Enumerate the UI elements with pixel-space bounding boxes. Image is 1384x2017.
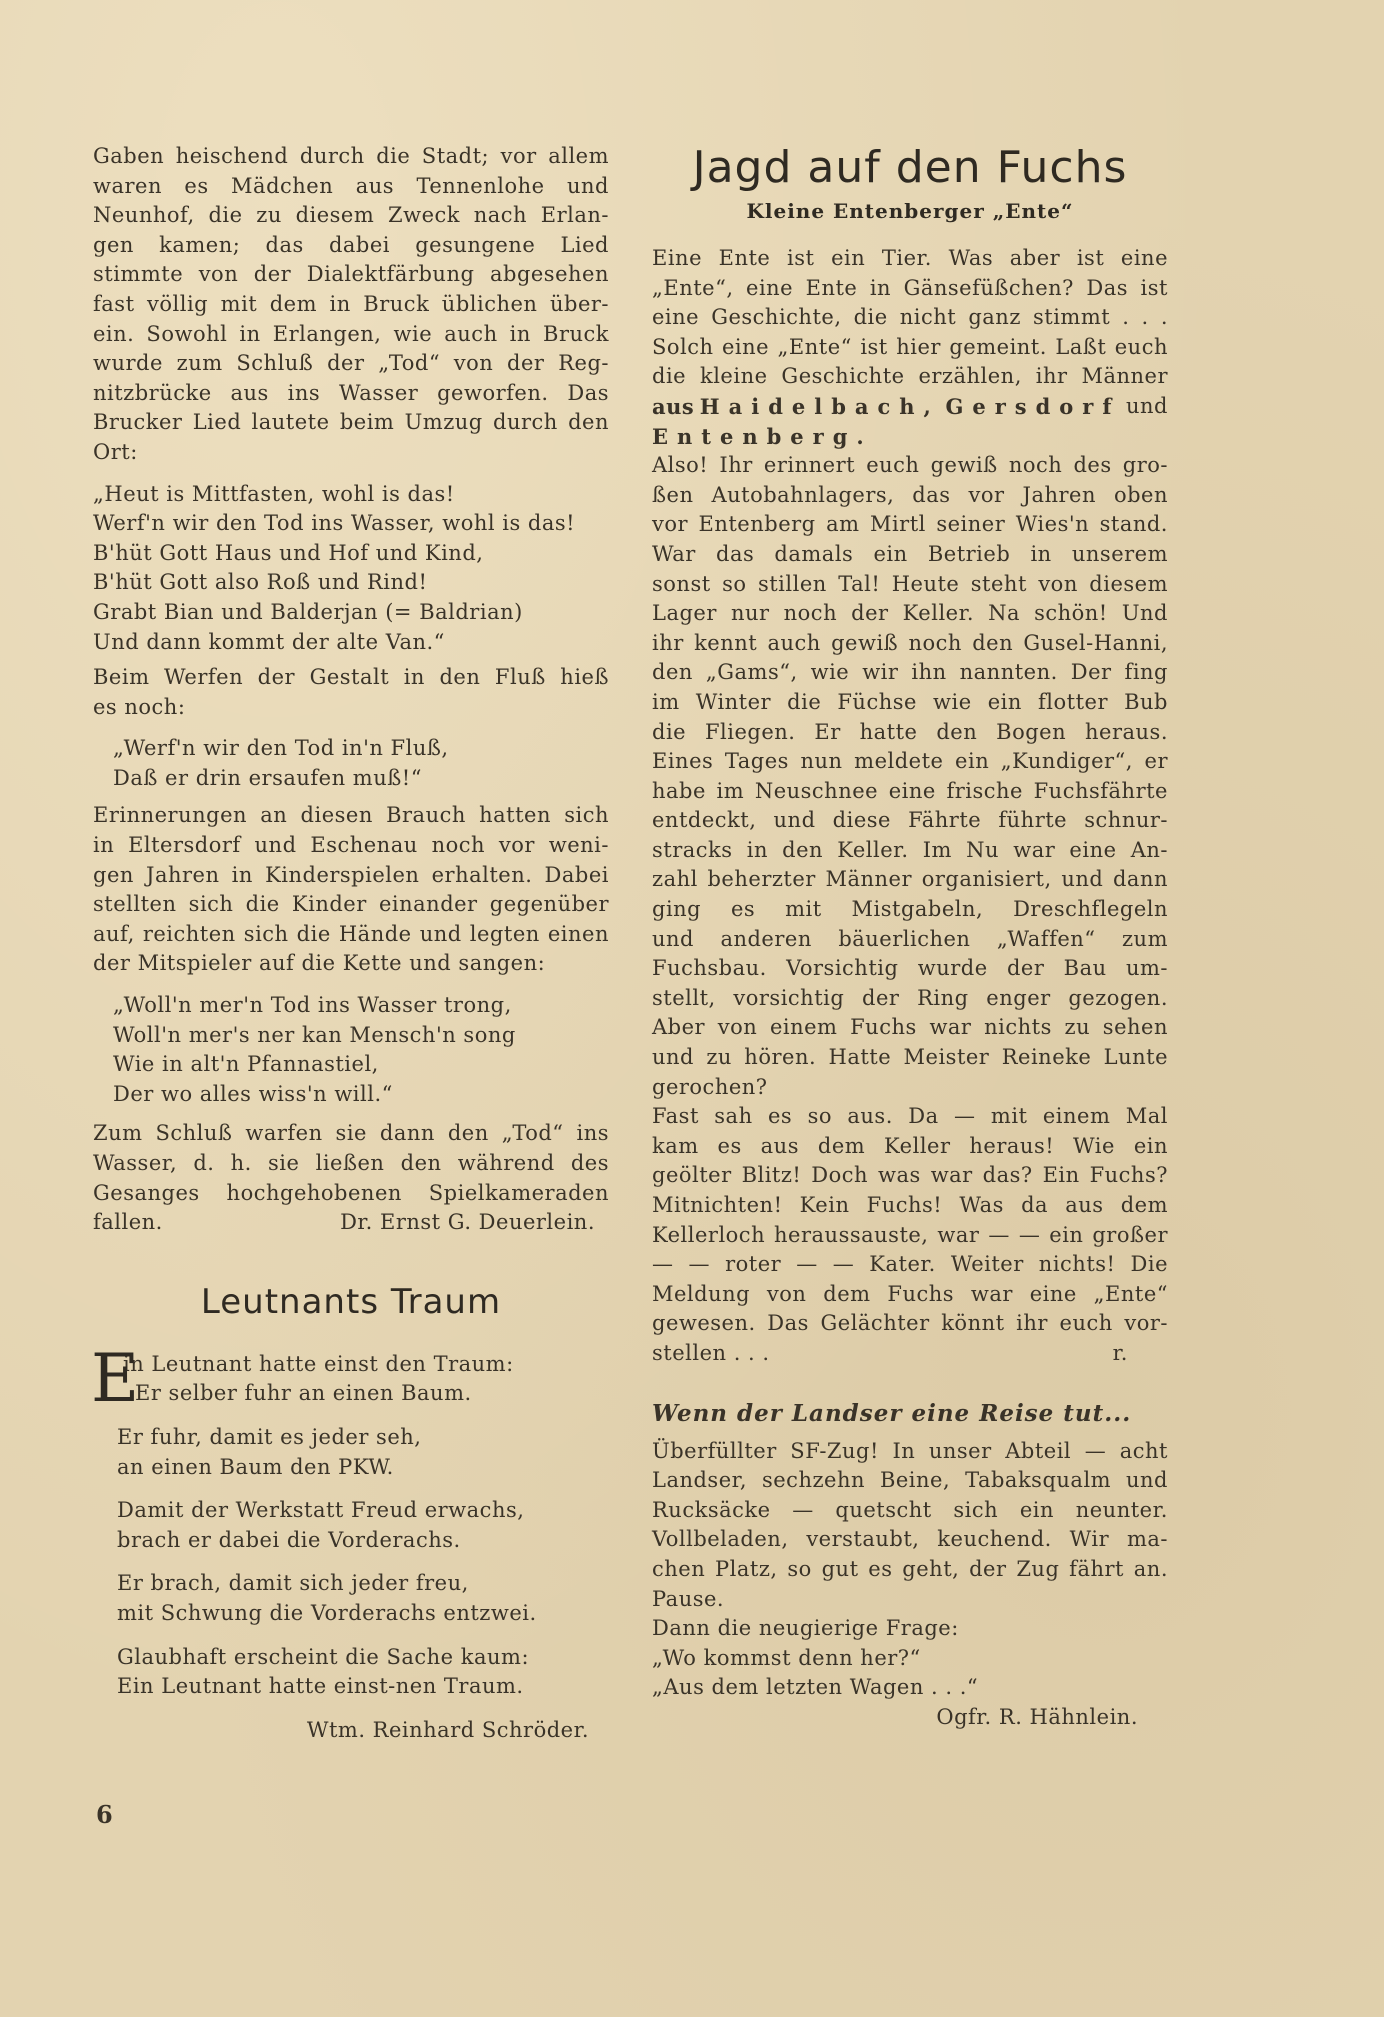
verse-line: brach er dabei die Vorderachs. bbox=[117, 1526, 609, 1556]
text-line: die kleine Geschichte erzählen, ihr Männ… bbox=[652, 362, 1168, 392]
text-line: Ort: bbox=[93, 438, 609, 468]
text-line: wurde zum Schluß der „Tod“ von der Reg- bbox=[93, 349, 609, 379]
text-line: im Winter die Füchse wie ein flotter Bub bbox=[652, 688, 1168, 718]
text-line: Neunhof, die zu diesem Zweck nach Erlan- bbox=[93, 201, 609, 231]
text-line: aus Haidelbach, Gersdorf und bbox=[652, 392, 1168, 422]
text-line: Rucksäcke — quetscht sich ein neunter. bbox=[652, 1496, 1168, 1526]
verse-line: Er brach, damit sich jeder freu, bbox=[117, 1569, 609, 1599]
poem-stanza: Er brach, damit sich jeder freu, mit Sch… bbox=[117, 1569, 609, 1628]
fuchs-paragraph-2: Also! Ihr erinnert euch gewiß noch des g… bbox=[652, 451, 1168, 1102]
text-line: der Mitspieler auf die Kette und sangen: bbox=[93, 949, 609, 979]
author-byline: Dr. Ernst G. Deuerlein. bbox=[340, 1208, 595, 1238]
text-line: sonst so stillen Tal! Heute steht von di… bbox=[652, 570, 1168, 600]
text-line: Solch eine „Ente“ ist hier gemeint. Laßt… bbox=[652, 333, 1168, 363]
poem-stanza: E in Leutnant hatte einst den Traum: Er … bbox=[117, 1350, 609, 1409]
text-line: „Wo kommst denn her?“ bbox=[652, 1644, 1168, 1674]
text-line: Lager nur noch der Keller. Na schön! Und bbox=[652, 599, 1168, 629]
text-fragment: fallen. bbox=[93, 1208, 163, 1238]
poem-stanza: Glaubhaft erscheint die Sache kaum: Ein … bbox=[117, 1643, 609, 1702]
drop-cap-initial: E bbox=[91, 1348, 140, 1410]
text-line: Gesanges hochgehobenen Spielkameraden bbox=[93, 1179, 609, 1209]
verse-line: Er selber fuhr an einen Baum. bbox=[119, 1379, 609, 1409]
verse-line: „Woll'n mer'n Tod ins Wasser trong, bbox=[113, 991, 609, 1021]
verse-line: Ein Leutnant hatte einst-nen Traum. bbox=[117, 1672, 609, 1702]
poem-body: E in Leutnant hatte einst den Traum: Er … bbox=[117, 1350, 609, 1702]
song-verse-3: „Woll'n mer'n Tod ins Wasser trong, Woll… bbox=[93, 991, 609, 1109]
text-line: Fuchsbau. Vorsichtig wurde der Bau um- bbox=[652, 954, 1168, 984]
text-line: ein. Sowohl in Erlangen, wie auch in Bru… bbox=[93, 320, 609, 350]
brauch-paragraph-2: Beim Werfen der Gestalt in den Fluß hieß… bbox=[93, 663, 609, 722]
author-byline: Ogfr. R. Hähnlein. bbox=[652, 1703, 1168, 1733]
text-line: Dann die neugierige Frage: bbox=[652, 1614, 1168, 1644]
text-line: gen kamen; das dabei gesungene Lied bbox=[93, 231, 609, 261]
text-line: chen Platz, so gut es geht, der Zug fähr… bbox=[652, 1555, 1168, 1585]
poem-stanza: Damit der Werkstatt Freud erwachs, brach… bbox=[117, 1496, 609, 1555]
text-line: Kellerloch heraussauste, war — — ein gro… bbox=[652, 1221, 1168, 1251]
text-line: Fast sah es so aus. Da — mit einem Mal bbox=[652, 1102, 1168, 1132]
text-line: die Fliegen. Er hatte den Bogen heraus. bbox=[652, 718, 1168, 748]
text-line: fallen. Dr. Ernst G. Deuerlein. bbox=[93, 1208, 609, 1238]
text-line: eine Geschichte, die nicht ganz stimmt .… bbox=[652, 303, 1168, 333]
article-subtitle: Kleine Entenberger „Ente“ bbox=[652, 196, 1168, 226]
text-line: den „Gams“, wie wir ihn nannten. Der fin… bbox=[652, 658, 1168, 688]
verse-line: „Werf'n wir den Tod in'n Fluß, bbox=[113, 734, 609, 764]
text-line: Aber von einem Fuchs war nichts zu sehen bbox=[652, 1013, 1168, 1043]
text-line: Eines Tages nun meldete ein „Kundiger“, … bbox=[652, 747, 1168, 777]
text-fragment: aus bbox=[652, 392, 694, 422]
brauch-paragraph-3: Erinnerungen an diesen Brauch hatten sic… bbox=[93, 801, 609, 979]
verse-line: Wie in alt'n Pfannastiel, bbox=[113, 1050, 609, 1080]
text-line: Brucker Lied lautete beim Umzug durch de… bbox=[93, 408, 609, 438]
text-line: entdeckt, und diese Fährte führte schnur… bbox=[652, 806, 1168, 836]
text-line: Mitnichten! Kein Fuchs! Was da aus dem bbox=[652, 1191, 1168, 1221]
song-verse-1: „Heut is Mittfasten, wohl is das! Werf'n… bbox=[93, 480, 609, 658]
text-line: waren es Mädchen aus Tennenlohe und bbox=[93, 172, 609, 202]
text-line: stellen . . . r. bbox=[652, 1339, 1168, 1369]
fuchs-paragraph-3: Fast sah es so aus. Da — mit einem Mal k… bbox=[652, 1102, 1168, 1368]
verse-line: B'hüt Gott also Roß und Rind! bbox=[93, 568, 609, 598]
text-line: gewesen. Das Gelächter könnt ihr euch vo… bbox=[652, 1309, 1168, 1339]
text-line: nitzbrücke aus ins Wasser geworfen. Das bbox=[93, 379, 609, 409]
verse-line: an einen Baum den PKW. bbox=[117, 1453, 609, 1483]
text-line: gerochen? bbox=[652, 1073, 1168, 1103]
text-line: Vollbeladen, verstaubt, keuchend. Wir ma… bbox=[652, 1525, 1168, 1555]
verse-line: Woll'n mer's ner kan Mensch'n song bbox=[113, 1021, 609, 1051]
poem-stanza: Er fuhr, damit es jeder seh, an einen Ba… bbox=[117, 1423, 609, 1482]
text-fragment: stellen . . . bbox=[652, 1339, 770, 1369]
place-name: Entenberg. bbox=[652, 422, 1168, 452]
text-line: „Ente“, eine Ente in Gänsefüßchen? Das i… bbox=[652, 274, 1168, 304]
song-verse-2: „Werf'n wir den Tod in'n Fluß, Daß er dr… bbox=[93, 734, 609, 793]
verse-line: Der wo alles wiss'n will.“ bbox=[113, 1080, 609, 1110]
verse-line: „Heut is Mittfasten, wohl is das! bbox=[93, 480, 609, 510]
article-title: Wenn der Landser eine Reise tut... bbox=[652, 1397, 1168, 1431]
author-byline: Wtm. Reinhard Schröder. bbox=[93, 1716, 609, 1746]
landser-paragraph-1: Überfüllter SF-Zug! In unser Abteil — ac… bbox=[652, 1437, 1168, 1615]
text-line: Beim Werfen der Gestalt in den Fluß hieß bbox=[93, 663, 609, 693]
text-line: auf, reichten sich die Hände und legten … bbox=[93, 920, 609, 950]
verse-line: Damit der Werkstatt Freud erwachs, bbox=[117, 1496, 609, 1526]
text-line: und zu hören. Hatte Meister Reineke Lunt… bbox=[652, 1043, 1168, 1073]
place-name: Gersdorf bbox=[945, 392, 1120, 422]
place-name: Haidelbach, bbox=[700, 392, 940, 422]
article-title: Jagd auf den Fuchs bbox=[652, 142, 1168, 194]
text-line: Erinnerungen an diesen Brauch hatten sic… bbox=[93, 801, 609, 831]
verse-line: B'hüt Gott Haus und Hof und Kind, bbox=[93, 539, 609, 569]
text-line: geölter Blitz! Doch was war das? Ein Fuc… bbox=[652, 1161, 1168, 1191]
right-column: Jagd auf den Fuchs Kleine Entenberger „E… bbox=[652, 142, 1168, 1733]
text-line: War das damals ein Betrieb in unserem bbox=[652, 540, 1168, 570]
verse-line: Und dann kommt der alte Van.“ bbox=[93, 628, 609, 658]
verse-line: Werf'n wir den Tod ins Wasser, wohl is d… bbox=[93, 509, 609, 539]
text-line: fast völlig mit dem in Bruck üblichen üb… bbox=[93, 290, 609, 320]
brauch-paragraph-4: Zum Schluß warfen sie dann den „Tod“ ins… bbox=[93, 1119, 609, 1237]
verse-line: Grabt Bian und Balderjan (= Baldrian) bbox=[93, 598, 609, 628]
text-line: stellt, vorsichtig der Ring enger gezoge… bbox=[652, 984, 1168, 1014]
text-line: stracks in den Keller. Im Nu war eine An… bbox=[652, 836, 1168, 866]
text-line: ging es mit Mistgabeln, Dreschflegeln bbox=[652, 895, 1168, 925]
fuchs-paragraph-1: Eine Ente ist ein Tier. Was aber ist ein… bbox=[652, 244, 1168, 451]
text-line: vor Entenberg am Mirtl seiner Wies'n sta… bbox=[652, 510, 1168, 540]
author-byline: r. bbox=[1113, 1339, 1128, 1369]
text-line: in Eltersdorf und Eschenau noch vor weni… bbox=[93, 831, 609, 861]
text-line: Landser, sechzehn Beine, Tabaksqualm und bbox=[652, 1466, 1168, 1496]
text-line: — — roter — — Kater. Weiter nichts! Die bbox=[652, 1250, 1168, 1280]
text-line: „Aus dem letzten Wagen . . .“ bbox=[652, 1673, 1168, 1703]
poem-title: Leutnants Traum bbox=[93, 1280, 609, 1324]
text-line: ihr kennt auch gewiß noch den Gusel-Hann… bbox=[652, 629, 1168, 659]
text-line: Zum Schluß warfen sie dann den „Tod“ ins bbox=[93, 1119, 609, 1149]
verse-line: mit Schwung die Vorderachs entzwei. bbox=[117, 1599, 609, 1629]
verse-line: Er fuhr, damit es jeder seh, bbox=[117, 1423, 609, 1453]
verse-line: Daß er drin ersaufen muß!“ bbox=[113, 764, 609, 794]
text-fragment: und bbox=[1126, 392, 1168, 422]
brauch-paragraph-1: Gaben heischend durch die Stadt; vor all… bbox=[93, 142, 609, 468]
verse-line: in Leutnant hatte einst den Traum: bbox=[119, 1350, 609, 1380]
text-line: gen Jahren in Kinderspielen erhalten. Da… bbox=[93, 861, 609, 891]
left-column: Gaben heischend durch die Stadt; vor all… bbox=[93, 142, 609, 1745]
text-line: Wasser, d. h. sie ließen den während des bbox=[93, 1149, 609, 1179]
landser-dialogue: Dann die neugierige Frage: „Wo kommst de… bbox=[652, 1614, 1168, 1703]
text-line: Gaben heischend durch die Stadt; vor all… bbox=[93, 142, 609, 172]
verse-line: Glaubhaft erscheint die Sache kaum: bbox=[117, 1643, 609, 1673]
text-line: und anderen bäuerlichen „Waffen“ zum bbox=[652, 925, 1168, 955]
text-line: Eine Ente ist ein Tier. Was aber ist ein… bbox=[652, 244, 1168, 274]
text-line: Überfüllter SF-Zug! In unser Abteil — ac… bbox=[652, 1437, 1168, 1467]
text-line: es noch: bbox=[93, 693, 609, 723]
page-number: 6 bbox=[96, 1800, 113, 1829]
text-line: habe im Neuschnee eine frische Fuchsfähr… bbox=[652, 777, 1168, 807]
text-line: Meldung von dem Fuchs war eine „Ente“ bbox=[652, 1280, 1168, 1310]
text-line: zahl beherzter Männer organisiert, und d… bbox=[652, 865, 1168, 895]
text-line: stellten sich die Kinder einander gegenü… bbox=[93, 890, 609, 920]
text-line: ßen Autobahnlagers, das vor Jahren oben bbox=[652, 481, 1168, 511]
text-line: Pause. bbox=[652, 1585, 1168, 1615]
text-line: Also! Ihr erinnert euch gewiß noch des g… bbox=[652, 451, 1168, 481]
text-line: stimmte von der Dialektfärbung abgesehen bbox=[93, 260, 609, 290]
text-line: kam es aus dem Keller heraus! Wie ein bbox=[652, 1132, 1168, 1162]
